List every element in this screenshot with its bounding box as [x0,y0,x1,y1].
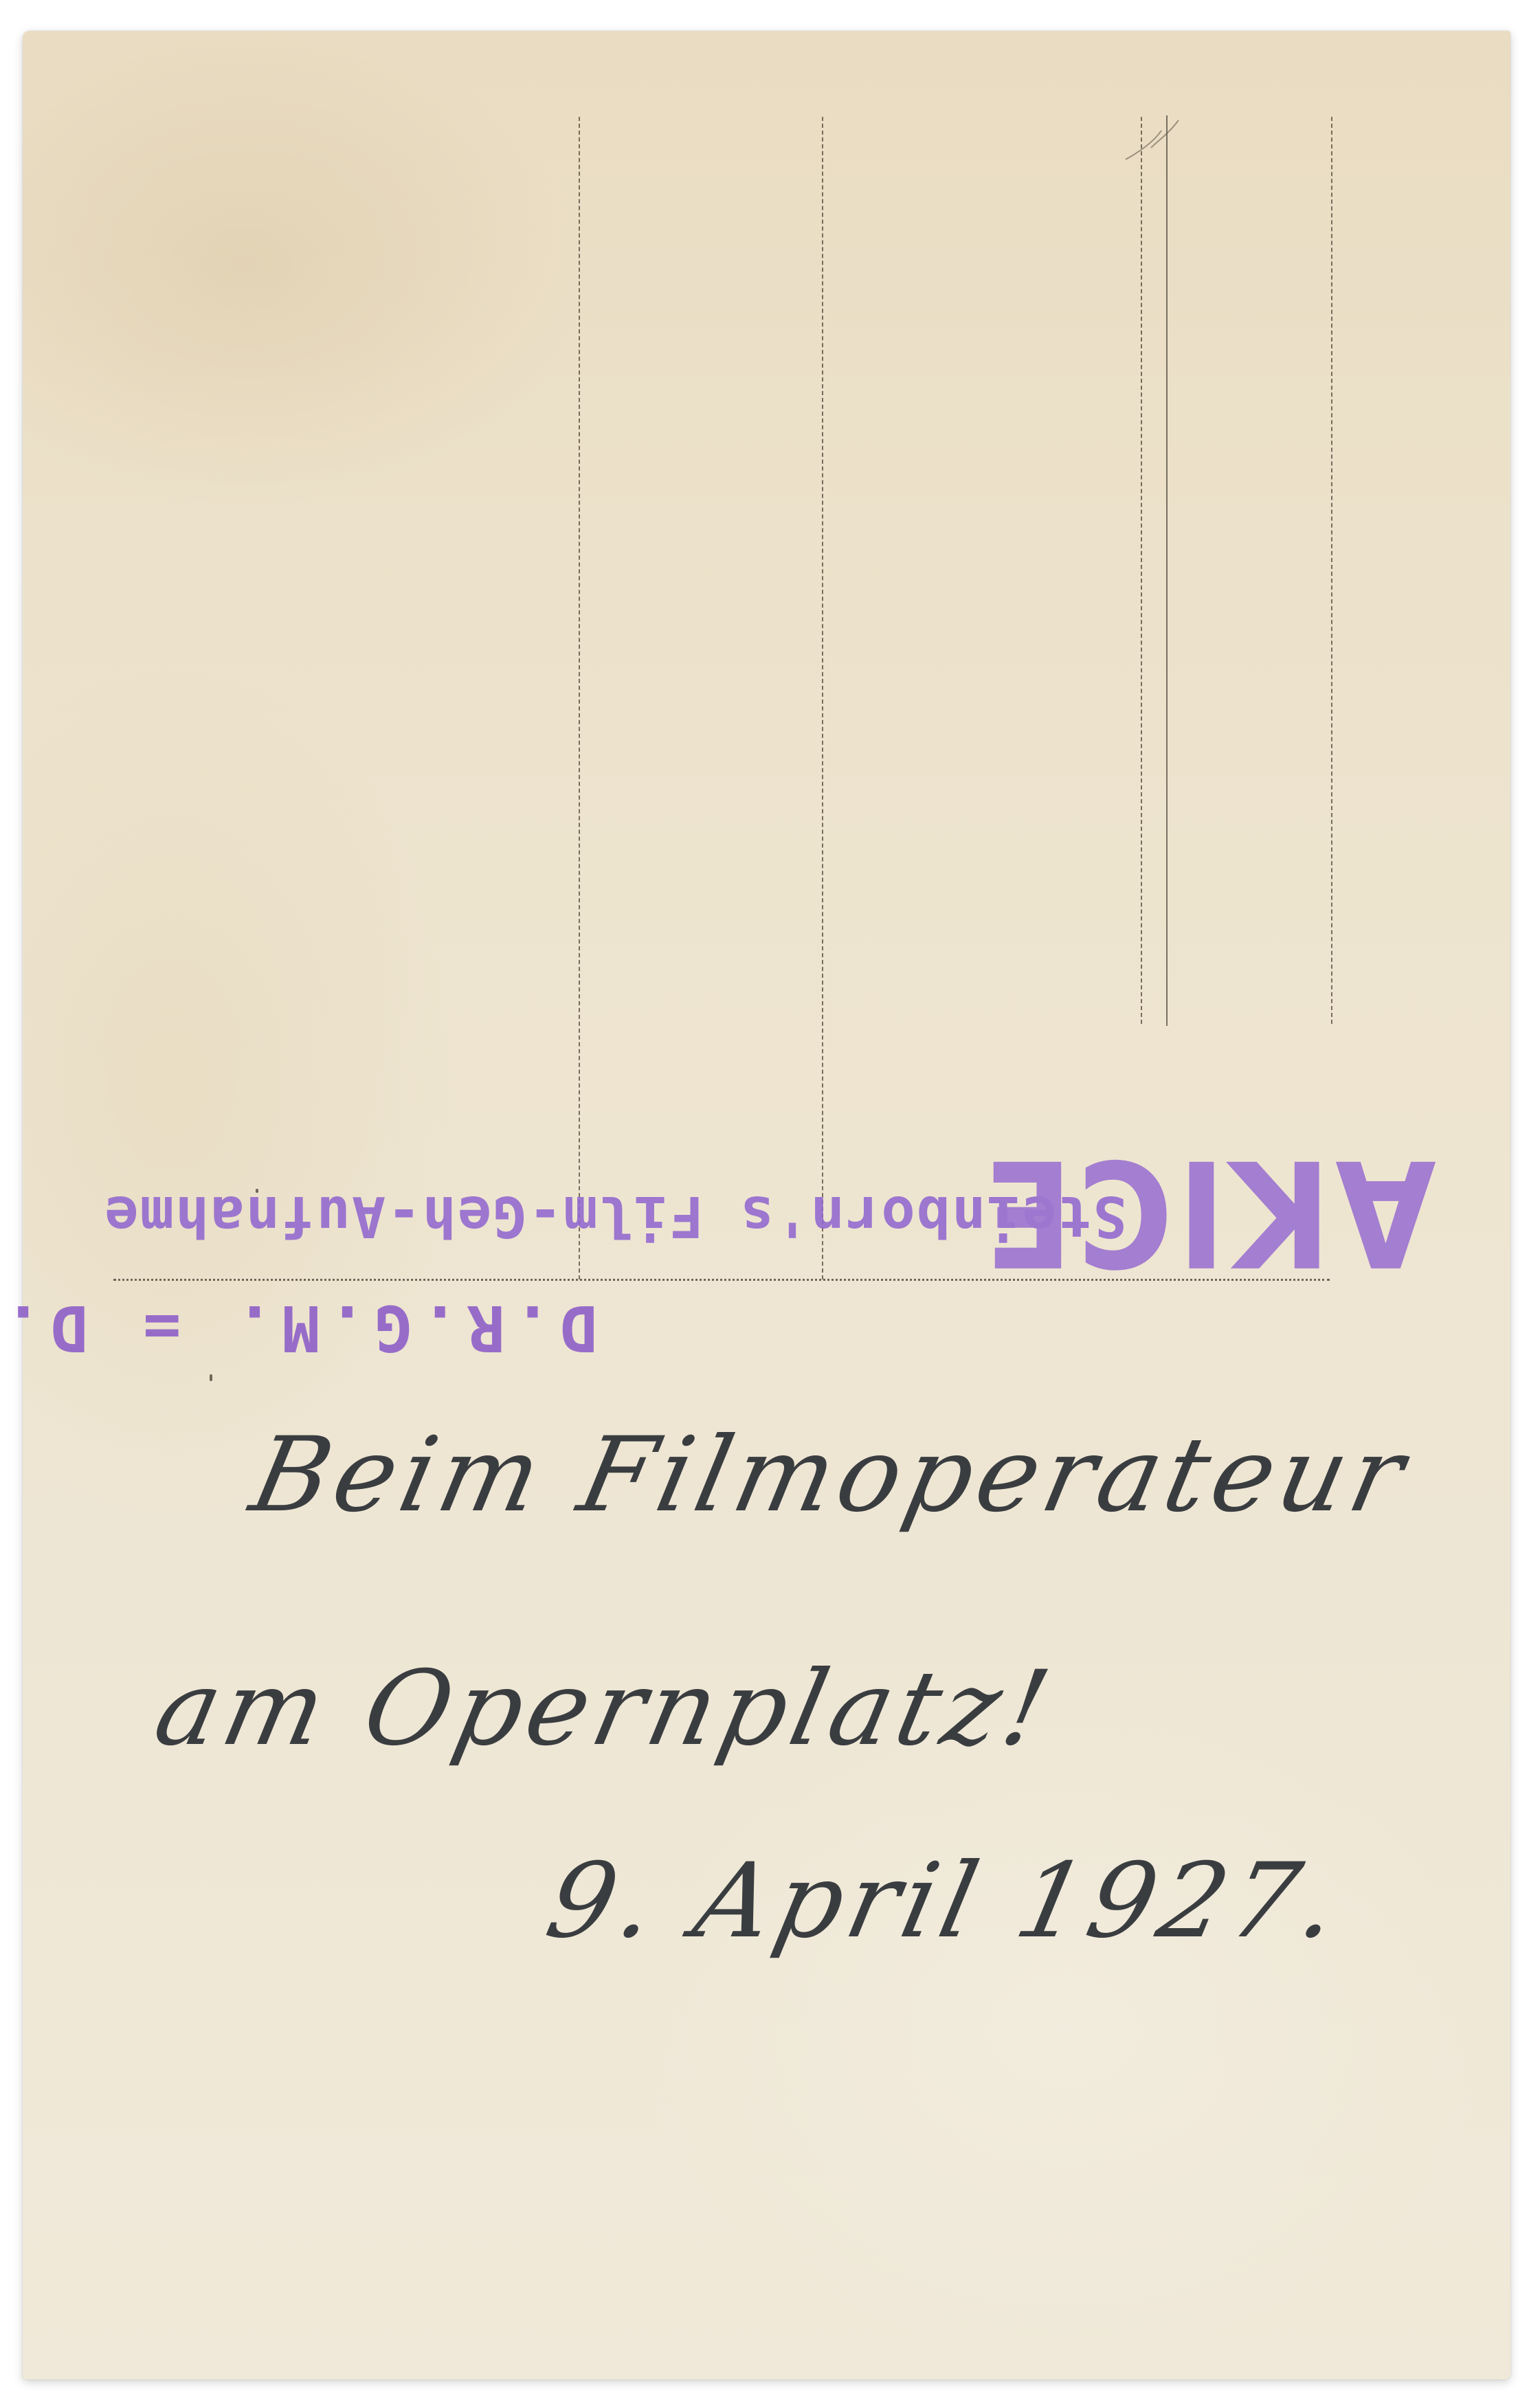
dotted-stamp-box-line-right [1331,117,1332,1024]
photographer-stamp: AKICE Steinborn's Film-Geh-Aufnahme D.R.… [158,1134,1443,1367]
dotted-divider-line-2 [822,117,823,1279]
handwriting-line-1: Beim Filmoperateur [242,1416,1420,1535]
stamp-patent-mark: D.R.G.M. = D.R.P.A. [0,1296,598,1359]
handwriting-line-2: am Opernplatz! [146,1649,1064,1769]
solid-stamp-box-line [1166,115,1168,1026]
dotted-divider-line-1 [579,117,580,1279]
handwriting-date: 9. April 1927. [537,1842,1354,1961]
ink-speck [256,1189,258,1193]
stamp-studio-name: Steinborn's Film-Geh-Aufnahme [103,1187,1127,1244]
ink-speck [210,1374,212,1381]
pencil-mark [1120,117,1182,165]
dotted-stamp-box-line-left [1141,117,1142,1024]
